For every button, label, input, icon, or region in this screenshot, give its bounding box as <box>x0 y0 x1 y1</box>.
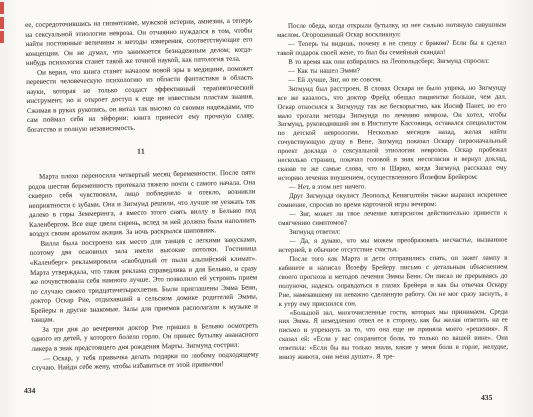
paragraph: В то время как они взбирались на Леополь… <box>277 57 506 67</box>
paragraph: — Оскар, у тебя привычка делать подарки … <box>32 350 259 374</box>
page-number-left: 434 <box>24 386 35 395</box>
red-edge-mark <box>0 2 4 14</box>
paragraph: — Зиг, может ли твое лечение катарсисом … <box>278 210 507 229</box>
paragraph: ее, сосредоточившись на гипнотизме, мужс… <box>25 16 253 68</box>
red-edge-mark <box>0 17 4 29</box>
paragraph: Марта плохо переносила четвертый месяц б… <box>28 169 256 240</box>
paragraph: — Да, я думаю, что мы можем преобразоват… <box>278 236 507 255</box>
chapter-number-heading: 11 <box>27 131 255 173</box>
paragraph: После обеда, когда открыли бутылку, из н… <box>277 22 506 41</box>
paragraph: Зигмунд был расстроен. В словах Оскара н… <box>277 84 507 184</box>
red-edge-mark <box>0 31 4 43</box>
left-page: ее, сосредоточившись на гипнотизме, мужс… <box>25 16 259 373</box>
page-number-right: 435 <box>481 393 492 402</box>
right-page: После обеда, когда открыли бутылку, из н… <box>277 22 508 364</box>
paragraph: После того как Марта и дети отправились … <box>278 254 507 309</box>
paragraph: Он верил, что книга станет началом новой… <box>26 64 254 135</box>
book-spread: ее, сосредоточившись на гипнотизме, мужс… <box>0 0 533 417</box>
paragraph: За три дня до вечеринки доктор Рие прише… <box>31 321 259 354</box>
paragraph: Вилла была построена как место для танце… <box>29 235 258 325</box>
paragraph: «Большой зал, многочисленные гости, кото… <box>279 308 508 363</box>
paragraph: — Теперь ты видишь, почему я не спешу с … <box>277 40 506 59</box>
paragraph: Друг Зигмунда окулист Леопольд Кенигштей… <box>278 192 507 211</box>
